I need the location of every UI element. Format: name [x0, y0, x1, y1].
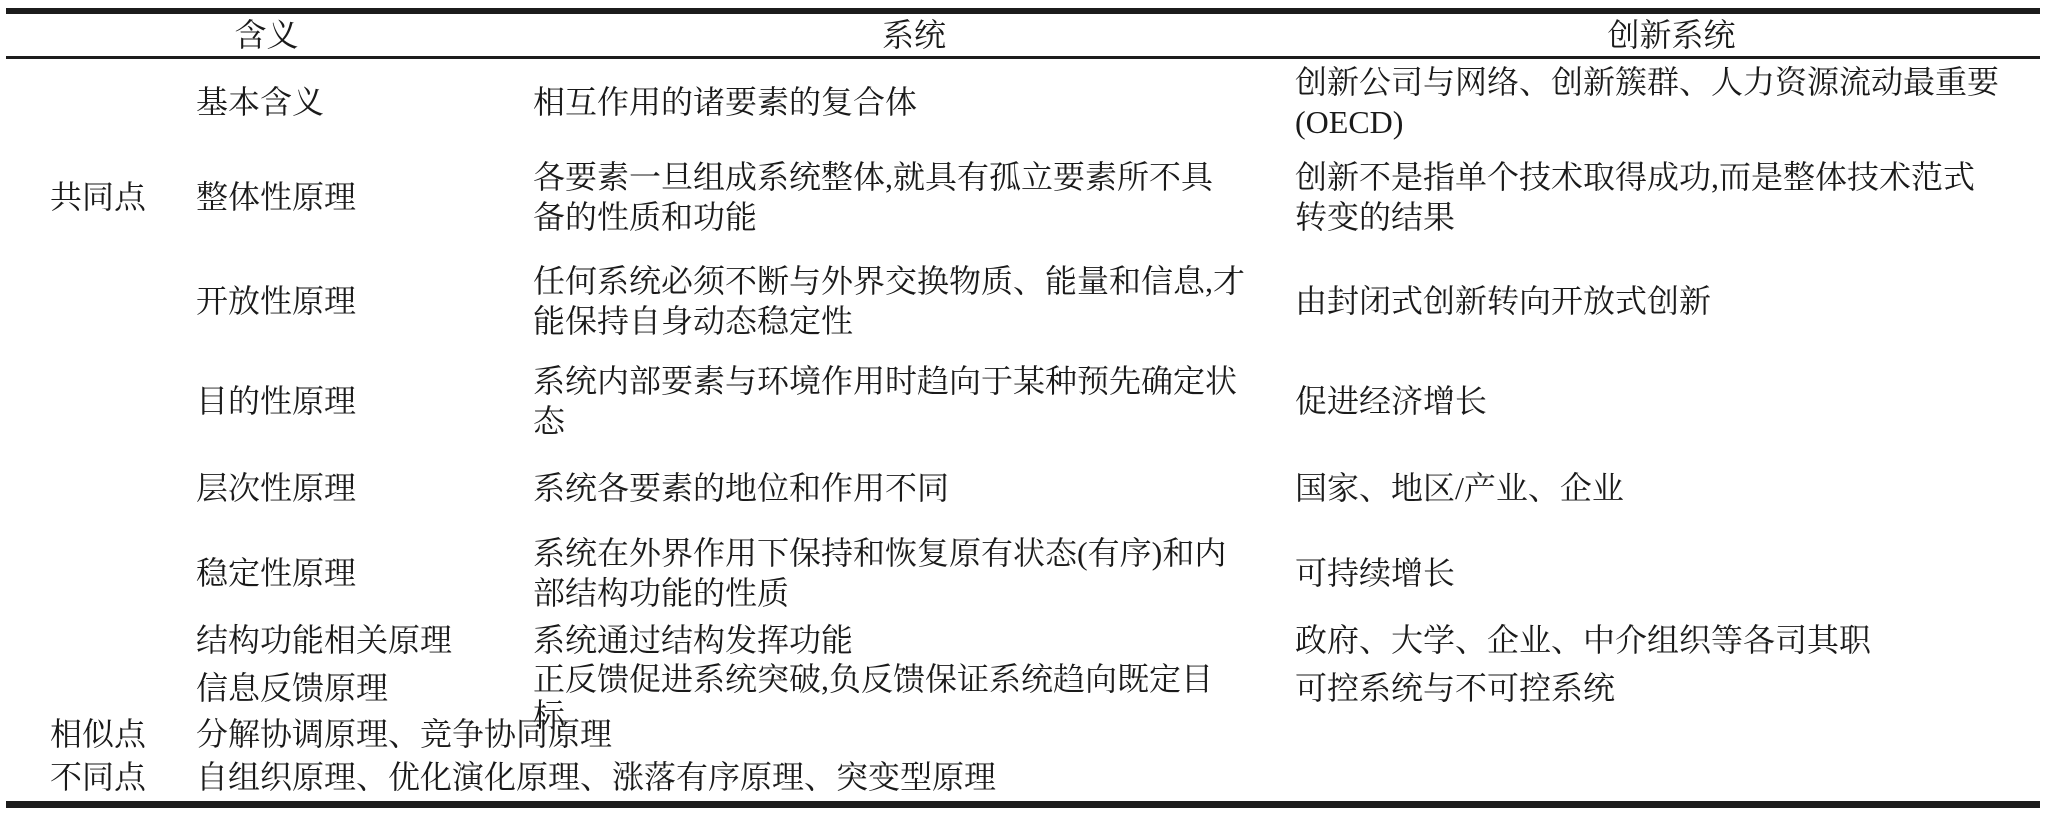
principle-label-cell: 信息反馈原理: [196, 661, 533, 715]
system-text: 任何系统必须不断与外界交换物质、能量和信息,才 能保持自身动态稳定性: [533, 261, 1245, 341]
innovation-cell: 促进经济增长: [1295, 353, 2048, 449]
system-cell: 相互作用的诸要素的复合体: [533, 59, 1295, 145]
column-header-meaning: 含义: [0, 10, 533, 56]
principle-label: 开放性原理: [196, 281, 356, 321]
table-bottom-rule: [6, 801, 2040, 808]
principle-label-cell: 结构功能相关原理: [196, 619, 533, 661]
system-cell: 正反馈促进系统突破,负反馈保证系统趋向既定目 标: [533, 661, 1295, 715]
principle-label-cell: 目的性原理: [196, 353, 533, 449]
innovation-cell: 国家、地区/产业、企业: [1295, 449, 2048, 527]
system-cell: 各要素一旦组成系统整体,就具有孤立要素所不具 备的性质和功能: [533, 145, 1295, 249]
row-group-label: 共同点: [50, 177, 146, 217]
comparison-table-page: 含义 系统 创新系统 基本含义 相互作用的诸要素的复合体 创新公司与网络、创新簇…: [0, 0, 2048, 816]
row-group-label: 不同点: [50, 759, 146, 795]
row-group-cell: 相似点: [0, 715, 196, 753]
innovation-cell: 可持续增长: [1295, 527, 2048, 619]
innovation-text: 创新公司与网络、创新簇群、人力资源流动最重要 (OECD): [1295, 62, 1999, 142]
system-text: 系统通过结构发挥功能: [533, 622, 853, 658]
principle-label: 层次性原理: [196, 468, 356, 508]
innovation-text: 可控系统与不可控系统: [1295, 670, 1615, 706]
system-cell: 任何系统必须不断与外界交换物质、能量和信息,才 能保持自身动态稳定性: [533, 249, 1295, 353]
principle-label: 信息反馈原理: [196, 670, 388, 706]
principle-label-cell: 稳定性原理: [196, 527, 533, 619]
column-header-meaning-label: 含义: [234, 10, 298, 56]
innovation-cell: 由封闭式创新转向开放式创新: [1295, 249, 2048, 353]
row-group-cell: 不同点: [0, 753, 196, 800]
principle-label-cell: 基本含义: [196, 59, 533, 145]
principle-label: 自组织原理、优化演化原理、涨落有序原理、突变型原理: [196, 759, 996, 795]
system-cell: 系统内部要素与环境作用时趋向于某种预先确定状 态: [533, 353, 1295, 449]
column-header-system: 系统: [533, 10, 1295, 56]
innovation-cell: 政府、大学、企业、中介组织等各司其职: [1295, 619, 2048, 661]
system-cell: 系统各要素的地位和作用不同: [533, 449, 1295, 527]
system-text: 相互作用的诸要素的复合体: [533, 82, 917, 122]
innovation-cell: 可控系统与不可控系统: [1295, 661, 2048, 715]
principle-label-cell: 开放性原理: [196, 249, 533, 353]
principle-label: 结构功能相关原理: [196, 622, 452, 658]
principle-label: 整体性原理: [196, 177, 356, 217]
innovation-text: 国家、地区/产业、企业: [1295, 468, 1624, 508]
principle-label: 稳定性原理: [196, 553, 356, 593]
innovation-text: 政府、大学、企业、中介组织等各司其职: [1295, 622, 1871, 658]
system-text: 系统在外界作用下保持和恢复原有状态(有序)和内 部结构功能的性质: [533, 533, 1226, 613]
principle-label-cell: 整体性原理: [196, 145, 533, 249]
principle-label-cell: 分解协调原理、竞争协同原理: [196, 715, 2048, 753]
principle-label: 基本含义: [196, 82, 324, 122]
column-header-innovation: 创新系统: [1295, 10, 2048, 56]
innovation-text: 促进经济增长: [1295, 381, 1487, 421]
column-header-system-label: 系统: [882, 10, 946, 56]
principle-label: 目的性原理: [196, 381, 356, 421]
system-cell: 系统在外界作用下保持和恢复原有状态(有序)和内 部结构功能的性质: [533, 527, 1295, 619]
row-group-cell: 共同点: [0, 145, 196, 249]
table-body: 基本含义 相互作用的诸要素的复合体 创新公司与网络、创新簇群、人力资源流动最重要…: [0, 59, 2048, 800]
system-text: 系统各要素的地位和作用不同: [533, 468, 949, 508]
principle-label: 分解协调原理、竞争协同原理: [196, 716, 612, 752]
innovation-text: 可持续增长: [1295, 553, 1455, 593]
system-text: 各要素一旦组成系统整体,就具有孤立要素所不具 备的性质和功能: [533, 157, 1213, 237]
innovation-text: 由封闭式创新转向开放式创新: [1295, 281, 1711, 321]
row-group-label: 相似点: [50, 716, 146, 752]
innovation-cell: 创新公司与网络、创新簇群、人力资源流动最重要 (OECD): [1295, 59, 2048, 145]
system-cell: 系统通过结构发挥功能: [533, 619, 1295, 661]
column-header-innovation-label: 创新系统: [1607, 10, 1735, 56]
system-text: 系统内部要素与环境作用时趋向于某种预先确定状 态: [533, 361, 1237, 441]
principle-label-cell: 自组织原理、优化演化原理、涨落有序原理、突变型原理: [196, 753, 2048, 800]
principle-label-cell: 层次性原理: [196, 449, 533, 527]
innovation-text: 创新不是指单个技术取得成功,而是整体技术范式 转变的结果: [1295, 157, 1975, 237]
innovation-cell: 创新不是指单个技术取得成功,而是整体技术范式 转变的结果: [1295, 145, 2048, 249]
